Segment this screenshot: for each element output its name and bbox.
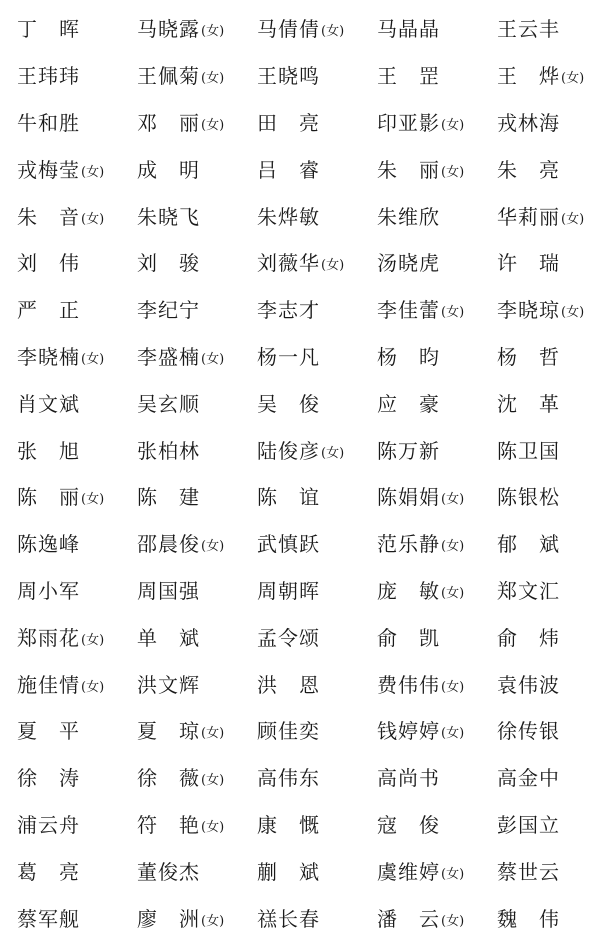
female-tag: (女) — [561, 71, 584, 86]
person-name: 丁 晖 — [17, 17, 80, 41]
person-name: 钱婷婷 — [377, 719, 440, 743]
female-tag: (女) — [441, 492, 464, 507]
name-entry: 陈 谊 — [257, 487, 377, 507]
person-name: 朱 丽 — [377, 158, 440, 182]
name-row: 朱 音(女)朱晓飞朱烨敏朱维欣华莉丽(女) — [17, 193, 613, 240]
name-row: 夏 平夏 琼(女)顾佳奕钱婷婷(女)徐传银 — [17, 708, 613, 755]
person-name: 吴玄顺 — [137, 392, 200, 416]
person-name: 郑雨花 — [17, 626, 80, 650]
person-name: 王佩菊 — [137, 64, 200, 88]
person-name: 寇 俊 — [377, 813, 440, 837]
name-entry: 朱 丽(女) — [377, 160, 497, 180]
name-entry: 戎梅莹(女) — [17, 160, 137, 180]
female-tag: (女) — [201, 773, 224, 788]
name-entry: 许 瑞 — [497, 253, 607, 273]
name-entry: 牛和胜 — [17, 113, 137, 133]
name-entry: 葛 亮 — [17, 862, 137, 882]
person-name: 邵晨俊 — [137, 532, 200, 556]
person-name: 魏 伟 — [497, 907, 560, 931]
person-name: 李晓琼 — [497, 298, 560, 322]
name-entry: 陈 建 — [137, 487, 257, 507]
person-name: 廖 洲 — [137, 907, 200, 931]
name-entry: 施佳情(女) — [17, 675, 137, 695]
person-name: 潘 云 — [377, 907, 440, 931]
female-tag: (女) — [81, 680, 104, 695]
name-entry: 禚长春 — [257, 909, 377, 929]
name-entry: 陈银松 — [497, 487, 607, 507]
person-name: 洪文辉 — [137, 673, 200, 697]
name-entry: 李晓琼(女) — [497, 300, 607, 320]
person-name: 葛 亮 — [17, 860, 80, 884]
person-name: 陈银松 — [497, 485, 560, 509]
female-tag: (女) — [201, 726, 224, 741]
person-name: 肖文斌 — [17, 392, 80, 416]
person-name: 陈卫国 — [497, 439, 560, 463]
person-name: 王晓鸣 — [257, 64, 320, 88]
name-entry: 应 豪 — [377, 394, 497, 414]
name-entry: 杨 哲 — [497, 347, 607, 367]
name-entry: 邓 丽(女) — [137, 113, 257, 133]
name-entry: 郁 斌 — [497, 534, 607, 554]
name-entry: 徐 薇(女) — [137, 768, 257, 788]
name-entry: 夏 琼(女) — [137, 721, 257, 741]
name-entry: 李志才 — [257, 300, 377, 320]
name-entry: 王晓鸣 — [257, 66, 377, 86]
person-name: 朱 音 — [17, 205, 80, 229]
person-name: 刘薇华 — [257, 251, 320, 275]
female-tag: (女) — [441, 680, 464, 695]
person-name: 顾佳奕 — [257, 719, 320, 743]
name-entry: 彭国立 — [497, 815, 607, 835]
name-entry: 马倩倩(女) — [257, 19, 377, 39]
name-entry: 符 艳(女) — [137, 815, 257, 835]
name-entry: 田 亮 — [257, 113, 377, 133]
female-tag: (女) — [201, 118, 224, 133]
name-entry: 蔡军舰 — [17, 909, 137, 929]
name-entry: 严 正 — [17, 300, 137, 320]
person-name: 禚长春 — [257, 907, 320, 931]
name-entry: 李晓楠(女) — [17, 347, 137, 367]
person-name: 戎梅莹 — [17, 158, 80, 182]
person-name: 俞 炜 — [497, 626, 560, 650]
person-name: 李纪宁 — [137, 298, 200, 322]
person-name: 杨 哲 — [497, 345, 560, 369]
female-tag: (女) — [441, 539, 464, 554]
name-entry: 费伟伟(女) — [377, 675, 497, 695]
name-entry: 王 罡 — [377, 66, 497, 86]
person-name: 朱晓飞 — [137, 205, 200, 229]
female-tag: (女) — [441, 726, 464, 741]
female-tag: (女) — [201, 24, 224, 39]
female-tag: (女) — [441, 165, 464, 180]
person-name: 严 正 — [17, 298, 80, 322]
person-name: 夏 琼 — [137, 719, 200, 743]
name-entry: 李盛楠(女) — [137, 347, 257, 367]
person-name: 张 旭 — [17, 439, 80, 463]
name-entry: 沈 革 — [497, 394, 607, 414]
person-name: 汤晓虎 — [377, 251, 440, 275]
person-name: 范乐静 — [377, 532, 440, 556]
female-tag: (女) — [81, 212, 104, 227]
person-name: 陈 丽 — [17, 485, 80, 509]
person-name: 陈逸峰 — [17, 532, 80, 556]
person-name: 夏 平 — [17, 719, 80, 743]
name-row: 葛 亮董俊杰蒯 斌虞维婷(女)蔡世云 — [17, 848, 613, 895]
person-name: 杨一凡 — [257, 345, 320, 369]
name-entry: 潘 云(女) — [377, 909, 497, 929]
name-entry: 吕 睿 — [257, 160, 377, 180]
name-row: 戎梅莹(女)成 明吕 睿朱 丽(女)朱 亮 — [17, 146, 613, 193]
female-tag: (女) — [201, 71, 224, 86]
person-name: 马晶晶 — [377, 17, 440, 41]
person-name: 朱烨敏 — [257, 205, 320, 229]
name-entry: 朱烨敏 — [257, 207, 377, 227]
person-name: 高尚书 — [377, 766, 440, 790]
name-row: 牛和胜邓 丽(女)田 亮印亚影(女)戎林海 — [17, 100, 613, 147]
name-entry: 周国强 — [137, 581, 257, 601]
name-entry: 蔡世云 — [497, 862, 607, 882]
female-tag: (女) — [201, 914, 224, 929]
female-tag: (女) — [81, 633, 104, 648]
person-name: 华莉丽 — [497, 205, 560, 229]
person-name: 康 慨 — [257, 813, 320, 837]
person-name: 高金中 — [497, 766, 560, 790]
name-entry: 浦云舟 — [17, 815, 137, 835]
person-name: 董俊杰 — [137, 860, 200, 884]
name-entry: 王 烨(女) — [497, 66, 607, 86]
name-entry: 丁 晖 — [17, 19, 137, 39]
name-entry: 徐传银 — [497, 721, 607, 741]
name-entry: 刘薇华(女) — [257, 253, 377, 273]
person-name: 戎林海 — [497, 111, 560, 135]
person-name: 武慎跃 — [257, 532, 320, 556]
name-entry: 汤晓虎 — [377, 253, 497, 273]
person-name: 李盛楠 — [137, 345, 200, 369]
person-name: 周小军 — [17, 579, 80, 603]
name-row: 郑雨花(女)单 斌孟令颂俞 凯俞 炜 — [17, 614, 613, 661]
person-name: 王 罡 — [377, 64, 440, 88]
name-row: 周小军周国强周朝晖庞 敏(女)郑文汇 — [17, 568, 613, 615]
name-list: 丁 晖马晓露(女)马倩倩(女)马晶晶王云丰王玮玮王佩菊(女)王晓鸣王 罡王 烨(… — [17, 6, 613, 938]
person-name: 王云丰 — [497, 17, 560, 41]
name-entry: 孟令颂 — [257, 628, 377, 648]
name-entry: 郑文汇 — [497, 581, 607, 601]
person-name: 郑文汇 — [497, 579, 560, 603]
name-entry: 朱 亮 — [497, 160, 607, 180]
person-name: 徐传银 — [497, 719, 560, 743]
name-entry: 王佩菊(女) — [137, 66, 257, 86]
person-name: 杨 昀 — [377, 345, 440, 369]
person-name: 彭国立 — [497, 813, 560, 837]
person-name: 张柏林 — [137, 439, 200, 463]
person-name: 虞维婷 — [377, 860, 440, 884]
person-name: 王 烨 — [497, 64, 560, 88]
name-row: 张 旭张柏林陆俊彦(女)陈万新陈卫国 — [17, 427, 613, 474]
name-entry: 夏 平 — [17, 721, 137, 741]
female-tag: (女) — [81, 165, 104, 180]
person-name: 陈万新 — [377, 439, 440, 463]
female-tag: (女) — [321, 258, 344, 273]
person-name: 孟令颂 — [257, 626, 320, 650]
person-name: 陈 建 — [137, 485, 200, 509]
name-entry: 周小军 — [17, 581, 137, 601]
person-name: 费伟伟 — [377, 673, 440, 697]
female-tag: (女) — [561, 212, 584, 227]
person-name: 李佳蕾 — [377, 298, 440, 322]
name-row: 王玮玮王佩菊(女)王晓鸣王 罡王 烨(女) — [17, 53, 613, 100]
name-entry: 朱晓飞 — [137, 207, 257, 227]
person-name: 马倩倩 — [257, 17, 320, 41]
name-entry: 董俊杰 — [137, 862, 257, 882]
person-name: 刘 骏 — [137, 251, 200, 275]
female-tag: (女) — [321, 446, 344, 461]
name-entry: 单 斌 — [137, 628, 257, 648]
person-name: 应 豪 — [377, 392, 440, 416]
name-entry: 王玮玮 — [17, 66, 137, 86]
name-entry: 陆俊彦(女) — [257, 441, 377, 461]
name-entry: 杨一凡 — [257, 347, 377, 367]
name-row: 刘 伟刘 骏刘薇华(女)汤晓虎许 瑞 — [17, 240, 613, 287]
person-name: 李晓楠 — [17, 345, 80, 369]
name-entry: 李佳蕾(女) — [377, 300, 497, 320]
name-entry: 朱 音(女) — [17, 207, 137, 227]
person-name: 周朝晖 — [257, 579, 320, 603]
female-tag: (女) — [201, 352, 224, 367]
name-entry: 袁伟波 — [497, 675, 607, 695]
name-entry: 戎林海 — [497, 113, 607, 133]
person-name: 庞 敏 — [377, 579, 440, 603]
name-entry: 陈娟娟(女) — [377, 487, 497, 507]
person-name: 陆俊彦 — [257, 439, 320, 463]
person-name: 符 艳 — [137, 813, 200, 837]
person-name: 浦云舟 — [17, 813, 80, 837]
person-name: 印亚影 — [377, 111, 440, 135]
name-entry: 马晓露(女) — [137, 19, 257, 39]
female-tag: (女) — [441, 586, 464, 601]
person-name: 蔡军舰 — [17, 907, 80, 931]
person-name: 陈娟娟 — [377, 485, 440, 509]
person-name: 徐 薇 — [137, 766, 200, 790]
person-name: 施佳情 — [17, 673, 80, 697]
name-entry: 马晶晶 — [377, 19, 497, 39]
person-name: 袁伟波 — [497, 673, 560, 697]
name-entry: 俞 炜 — [497, 628, 607, 648]
name-entry: 陈万新 — [377, 441, 497, 461]
female-tag: (女) — [441, 867, 464, 882]
name-entry: 张柏林 — [137, 441, 257, 461]
person-name: 徐 涛 — [17, 766, 80, 790]
name-entry: 朱维欣 — [377, 207, 497, 227]
name-entry: 华莉丽(女) — [497, 207, 607, 227]
person-name: 沈 革 — [497, 392, 560, 416]
name-entry: 张 旭 — [17, 441, 137, 461]
female-tag: (女) — [561, 305, 584, 320]
female-tag: (女) — [441, 118, 464, 133]
name-entry: 刘 骏 — [137, 253, 257, 273]
name-entry: 李纪宁 — [137, 300, 257, 320]
name-row: 李晓楠(女)李盛楠(女)杨一凡杨 昀杨 哲 — [17, 334, 613, 381]
name-entry: 吴玄顺 — [137, 394, 257, 414]
name-entry: 印亚影(女) — [377, 113, 497, 133]
person-name: 马晓露 — [137, 17, 200, 41]
person-name: 洪 恩 — [257, 673, 320, 697]
name-row: 丁 晖马晓露(女)马倩倩(女)马晶晶王云丰 — [17, 6, 613, 53]
person-name: 吕 睿 — [257, 158, 320, 182]
person-name: 单 斌 — [137, 626, 200, 650]
name-entry: 刘 伟 — [17, 253, 137, 273]
name-row: 蔡军舰廖 洲(女)禚长春潘 云(女)魏 伟 — [17, 895, 613, 938]
person-name: 李志才 — [257, 298, 320, 322]
name-entry: 蒯 斌 — [257, 862, 377, 882]
female-tag: (女) — [81, 492, 104, 507]
name-entry: 王云丰 — [497, 19, 607, 39]
name-entry: 邵晨俊(女) — [137, 534, 257, 554]
name-entry: 陈 丽(女) — [17, 487, 137, 507]
person-name: 蒯 斌 — [257, 860, 320, 884]
name-entry: 周朝晖 — [257, 581, 377, 601]
person-name: 刘 伟 — [17, 251, 80, 275]
name-entry: 成 明 — [137, 160, 257, 180]
person-name: 陈 谊 — [257, 485, 320, 509]
name-entry: 范乐静(女) — [377, 534, 497, 554]
person-name: 许 瑞 — [497, 251, 560, 275]
name-row: 陈 丽(女)陈 建陈 谊陈娟娟(女)陈银松 — [17, 474, 613, 521]
name-entry: 肖文斌 — [17, 394, 137, 414]
name-entry: 洪 恩 — [257, 675, 377, 695]
name-entry: 陈逸峰 — [17, 534, 137, 554]
name-entry: 顾佳奕 — [257, 721, 377, 741]
name-entry: 吴 俊 — [257, 394, 377, 414]
name-entry: 洪文辉 — [137, 675, 257, 695]
person-name: 朱维欣 — [377, 205, 440, 229]
name-entry: 虞维婷(女) — [377, 862, 497, 882]
person-name: 郁 斌 — [497, 532, 560, 556]
name-entry: 康 慨 — [257, 815, 377, 835]
name-entry: 魏 伟 — [497, 909, 607, 929]
female-tag: (女) — [321, 24, 344, 39]
female-tag: (女) — [201, 820, 224, 835]
female-tag: (女) — [441, 914, 464, 929]
person-name: 朱 亮 — [497, 158, 560, 182]
name-row: 施佳情(女)洪文辉洪 恩费伟伟(女)袁伟波 — [17, 661, 613, 708]
female-tag: (女) — [81, 352, 104, 367]
name-entry: 寇 俊 — [377, 815, 497, 835]
name-entry: 徐 涛 — [17, 768, 137, 788]
person-name: 邓 丽 — [137, 111, 200, 135]
person-name: 王玮玮 — [17, 64, 80, 88]
name-entry: 高金中 — [497, 768, 607, 788]
name-row: 徐 涛徐 薇(女)高伟东高尚书高金中 — [17, 755, 613, 802]
person-name: 牛和胜 — [17, 111, 80, 135]
female-tag: (女) — [441, 305, 464, 320]
name-entry: 高尚书 — [377, 768, 497, 788]
person-name: 田 亮 — [257, 111, 320, 135]
person-name: 吴 俊 — [257, 392, 320, 416]
person-name: 高伟东 — [257, 766, 320, 790]
name-entry: 俞 凯 — [377, 628, 497, 648]
person-name: 蔡世云 — [497, 860, 560, 884]
name-entry: 杨 昀 — [377, 347, 497, 367]
name-entry: 郑雨花(女) — [17, 628, 137, 648]
name-entry: 高伟东 — [257, 768, 377, 788]
female-tag: (女) — [201, 539, 224, 554]
person-name: 成 明 — [137, 158, 200, 182]
name-row: 严 正李纪宁李志才李佳蕾(女)李晓琼(女) — [17, 287, 613, 334]
name-row: 肖文斌吴玄顺吴 俊应 豪沈 革 — [17, 380, 613, 427]
name-entry: 陈卫国 — [497, 441, 607, 461]
name-entry: 庞 敏(女) — [377, 581, 497, 601]
name-entry: 武慎跃 — [257, 534, 377, 554]
person-name: 俞 凯 — [377, 626, 440, 650]
name-entry: 钱婷婷(女) — [377, 721, 497, 741]
name-row: 陈逸峰邵晨俊(女)武慎跃范乐静(女)郁 斌 — [17, 521, 613, 568]
person-name: 周国强 — [137, 579, 200, 603]
name-row: 浦云舟符 艳(女)康 慨寇 俊彭国立 — [17, 802, 613, 849]
name-entry: 廖 洲(女) — [137, 909, 257, 929]
